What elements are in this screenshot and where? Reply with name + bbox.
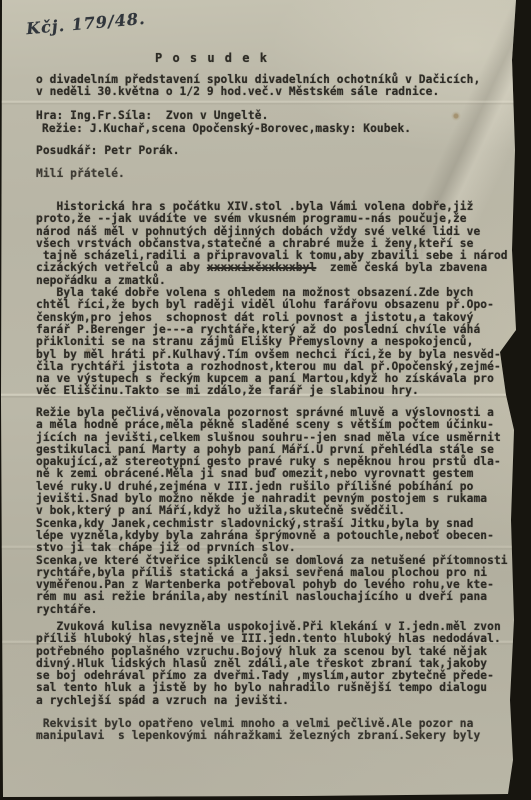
document-subtitle: o divadelním představení spolku divadeln… <box>36 74 480 99</box>
paragraph-stage-direction: Režie byla pečlivá,věnovala pozornost sp… <box>36 407 508 616</box>
handwritten-file-number: Kčj. 179/48. <box>25 9 146 38</box>
struck-out-text: xxxxxixčxxkxxbyl <box>207 261 316 274</box>
scanned-document: Kčj. 179/48. P o s u d e k o divadelním … <box>0 0 531 800</box>
play-credit-line: Hra: Ing.Fr.Síla: Zvon v Ungeltě. <box>36 110 268 122</box>
paragraph-props: Rekvisit bylo opatřeno velmi mnoho a vel… <box>36 718 480 743</box>
paragraph-sound-effects: Zvuková kulisa nevyzněla uspokojivě.Při … <box>36 621 501 707</box>
document-title: P o s u d e k <box>155 52 268 64</box>
salutation: Milí přátelé. <box>36 168 125 180</box>
reviewer-line: Posudkář: Petr Porák. <box>36 145 180 157</box>
direction-credit-line: Režie: J.Kuchař,scena Opočenský-Borovec,… <box>42 123 411 135</box>
paper-crease <box>0 100 521 105</box>
paper-sheet: Kčj. 179/48. P o s u d e k o divadelním … <box>0 0 531 800</box>
paragraph-text: země česká byla zbavena nepořádku a zmat… <box>36 261 501 397</box>
paragraph-history-and-casting: Historická hra s počátku XIV.stol .byla … <box>36 201 508 398</box>
